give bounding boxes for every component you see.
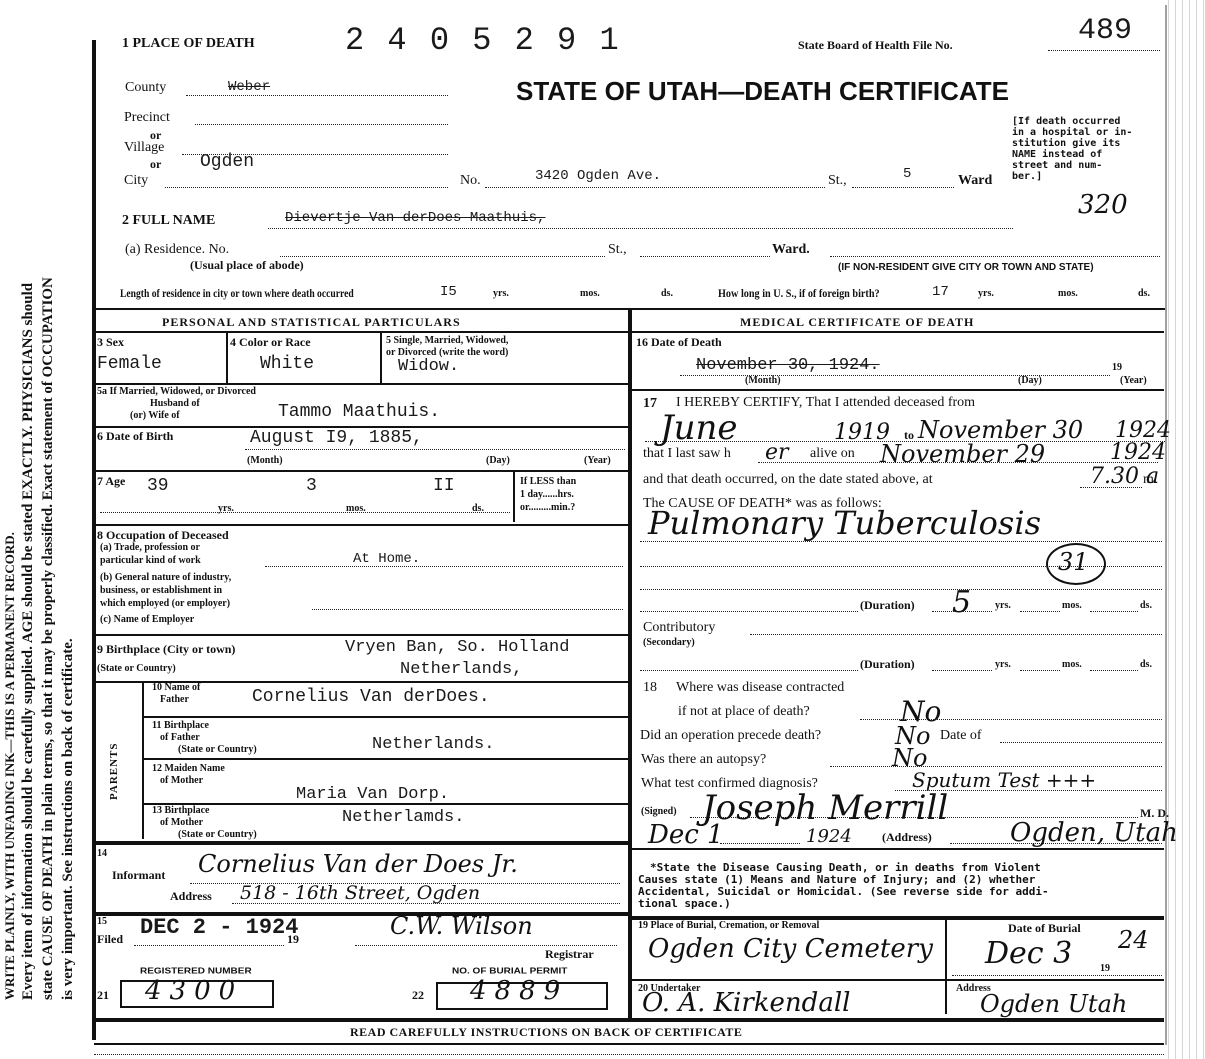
street-value: 3420 Ogden Ave. <box>535 168 661 184</box>
precinct-label: Precinct <box>124 110 170 126</box>
sign-date: Dec 1 <box>648 820 724 850</box>
registered-number-value: 4300 <box>145 976 243 1006</box>
full-name-label: 2 FULL NAME <box>122 213 215 229</box>
contracted-label: Where was disease contracted <box>676 680 844 696</box>
sidebar-line-1: WRITE PLAINLY, WITH UNFADING INK—THIS IS… <box>2 532 18 1000</box>
burial-permit-value: 4889 <box>470 976 568 1006</box>
sidebar-line-3: state CAUSE OF DEATH in plain terms, so … <box>40 277 57 1000</box>
sex-label: 3 Sex <box>97 335 124 350</box>
marital-value: Widow. <box>398 357 459 376</box>
medical-header: MEDICAL CERTIFICATE OF DEATH <box>740 315 974 330</box>
margin-number: 320 <box>1078 190 1128 220</box>
last-saw-text: that I last saw h <box>643 446 731 462</box>
age-ds: II <box>433 476 455 496</box>
ward-label: Ward <box>958 173 992 189</box>
birthplace-label: 9 Birthplace (City or town) <box>97 642 235 657</box>
father-name: Cornelius Van derDoes. <box>252 687 490 707</box>
village-label: Village <box>124 140 164 156</box>
city-value: Ogden <box>200 152 254 172</box>
abode-note: (Usual place of abode) <box>190 258 304 273</box>
scan-edge <box>1165 0 1205 1059</box>
marital-label: 5 Single, Married, Widowed, <box>386 335 508 346</box>
employer-label: (c) Name of Employer <box>100 614 194 625</box>
left-border <box>92 40 96 1040</box>
burial-date-label: Date of Burial <box>1008 921 1081 936</box>
dob-value: August I9, 1885, <box>250 428 423 448</box>
sex-value: Female <box>97 354 162 374</box>
st-label: St., <box>828 173 847 189</box>
dod-label: 16 Date of Death <box>636 335 722 350</box>
informant-label: Informant <box>112 868 165 883</box>
physician-signature: Joseph Merrill <box>702 788 948 828</box>
filed-date: DEC 2 - 1924 <box>140 915 298 940</box>
operation-label: Did an operation precede death? <box>640 728 821 744</box>
column-divider <box>628 310 632 1020</box>
attended-from: June <box>660 408 738 448</box>
occupation-label: 8 Occupation of Deceased <box>97 528 229 543</box>
undertaker-address: Ogden Utah <box>980 990 1127 1018</box>
us-residence-label: How long in U. S., if of foreign birth? <box>718 286 880 301</box>
sidebar-line-2: Every item of information should be care… <box>20 283 37 1000</box>
city-label: City <box>124 173 148 189</box>
burial-place-label: 19 Place of Burial, Cremation, or Remova… <box>638 920 918 931</box>
informant-address: 518 - 16th Street, Ogden <box>240 882 480 904</box>
informant-name: Cornelius Van der Does Jr. <box>198 850 518 878</box>
us-residence-yrs: 17 <box>932 284 949 300</box>
registrar-label: Registrar <box>545 947 594 962</box>
hospital-note: [If death occurred in a hospital or in- … <box>1012 116 1132 182</box>
cause-note: *State the Disease Causing Death, or in … <box>638 862 1049 910</box>
last-saw-year: 1924 <box>1110 440 1166 465</box>
informant-address-label: Address <box>170 889 212 904</box>
burial-permit-label: NO. OF BURIAL PERMIT <box>452 967 567 976</box>
dob-label: 6 Date of Birth <box>97 429 173 444</box>
personal-header: PERSONAL AND STATISTICAL PARTICULARS <box>162 315 461 330</box>
last-saw-pronoun: er <box>765 440 789 465</box>
dod-value: November 30, 1924. <box>696 356 880 375</box>
nonresident-note: (IF NON-RESIDENT GIVE CITY OR TOWN AND S… <box>838 262 1094 273</box>
mother-birthplace: Netherlamds. <box>342 808 464 827</box>
length-residence-yrs: I5 <box>440 284 457 300</box>
burial-place-value: Ogden City Cemetery <box>648 934 933 964</box>
stamped-number: 2 4 0 5 2 9 1 <box>345 22 621 59</box>
father-birthplace: Netherlands. <box>372 735 494 754</box>
file-no-label: State Board of Health File No. <box>798 38 953 53</box>
age-mos: 3 <box>306 476 317 496</box>
parents-label: PARENTS <box>108 742 120 800</box>
birthplace-country: Netherlands, <box>400 660 522 679</box>
undertaker-value: O. A. Kirkendall <box>642 988 850 1018</box>
race-value: White <box>260 354 314 374</box>
residence-label: (a) Residence. No. <box>125 242 229 258</box>
age-label: 7 Age <box>97 474 125 489</box>
spouse-value: Tammo Maathuis. <box>278 402 440 422</box>
county-value: Weber <box>228 79 270 95</box>
occupation-trade-value: At Home. <box>353 551 420 567</box>
cause-value: Pulmonary Tuberculosis <box>648 504 1041 542</box>
ward-value: 5 <box>903 166 911 182</box>
county-label: County <box>125 80 166 96</box>
file-no-value: 489 <box>1078 14 1132 48</box>
length-residence-label: Length of residence in city or town wher… <box>120 286 354 301</box>
sign-year: 1924 <box>806 826 852 847</box>
burial-year: 24 <box>1118 926 1149 954</box>
physician-address: Ogden, Utah <box>1010 818 1178 848</box>
duration-yrs: 5 <box>952 585 971 620</box>
less-than-label: If LESS than <box>520 476 576 487</box>
no-label: No. <box>460 173 481 189</box>
registrar-signature: C.W. Wilson <box>390 912 533 940</box>
full-name-value: Dievertje Van derDoes Maathuis, <box>285 210 545 226</box>
place-of-death-label: 1 PLACE OF DEATH <box>122 36 255 52</box>
birthplace-city: Vryen Ban, So. Holland <box>345 638 569 657</box>
race-label: 4 Color or Race <box>230 335 311 350</box>
cause-code: 31 <box>1058 548 1089 576</box>
certificate-title: STATE OF UTAH—DEATH CERTIFICATE <box>516 76 1009 107</box>
spouse-label: 5a If Married, Widowed, or Divorced <box>97 386 256 397</box>
death-time-text: and that death occurred, on the date sta… <box>643 472 933 488</box>
registered-number-label: REGISTERED NUMBER <box>140 967 252 976</box>
footer-instructions: READ CAREFULLY INSTRUCTIONS ON BACK OF C… <box>350 1025 742 1040</box>
last-saw-date: November 29 <box>880 440 1045 468</box>
mother-name: Maria Van Dorp. <box>296 785 449 804</box>
contributory-label: Contributory <box>643 620 715 636</box>
autopsy-label: Was there an autopsy? <box>641 752 766 768</box>
sidebar-line-4: is very important. See instructions on b… <box>60 638 77 1000</box>
age-yrs: 39 <box>147 476 169 496</box>
burial-date-value: Dec 3 <box>985 936 1072 971</box>
filed-label: Filed <box>97 932 123 947</box>
